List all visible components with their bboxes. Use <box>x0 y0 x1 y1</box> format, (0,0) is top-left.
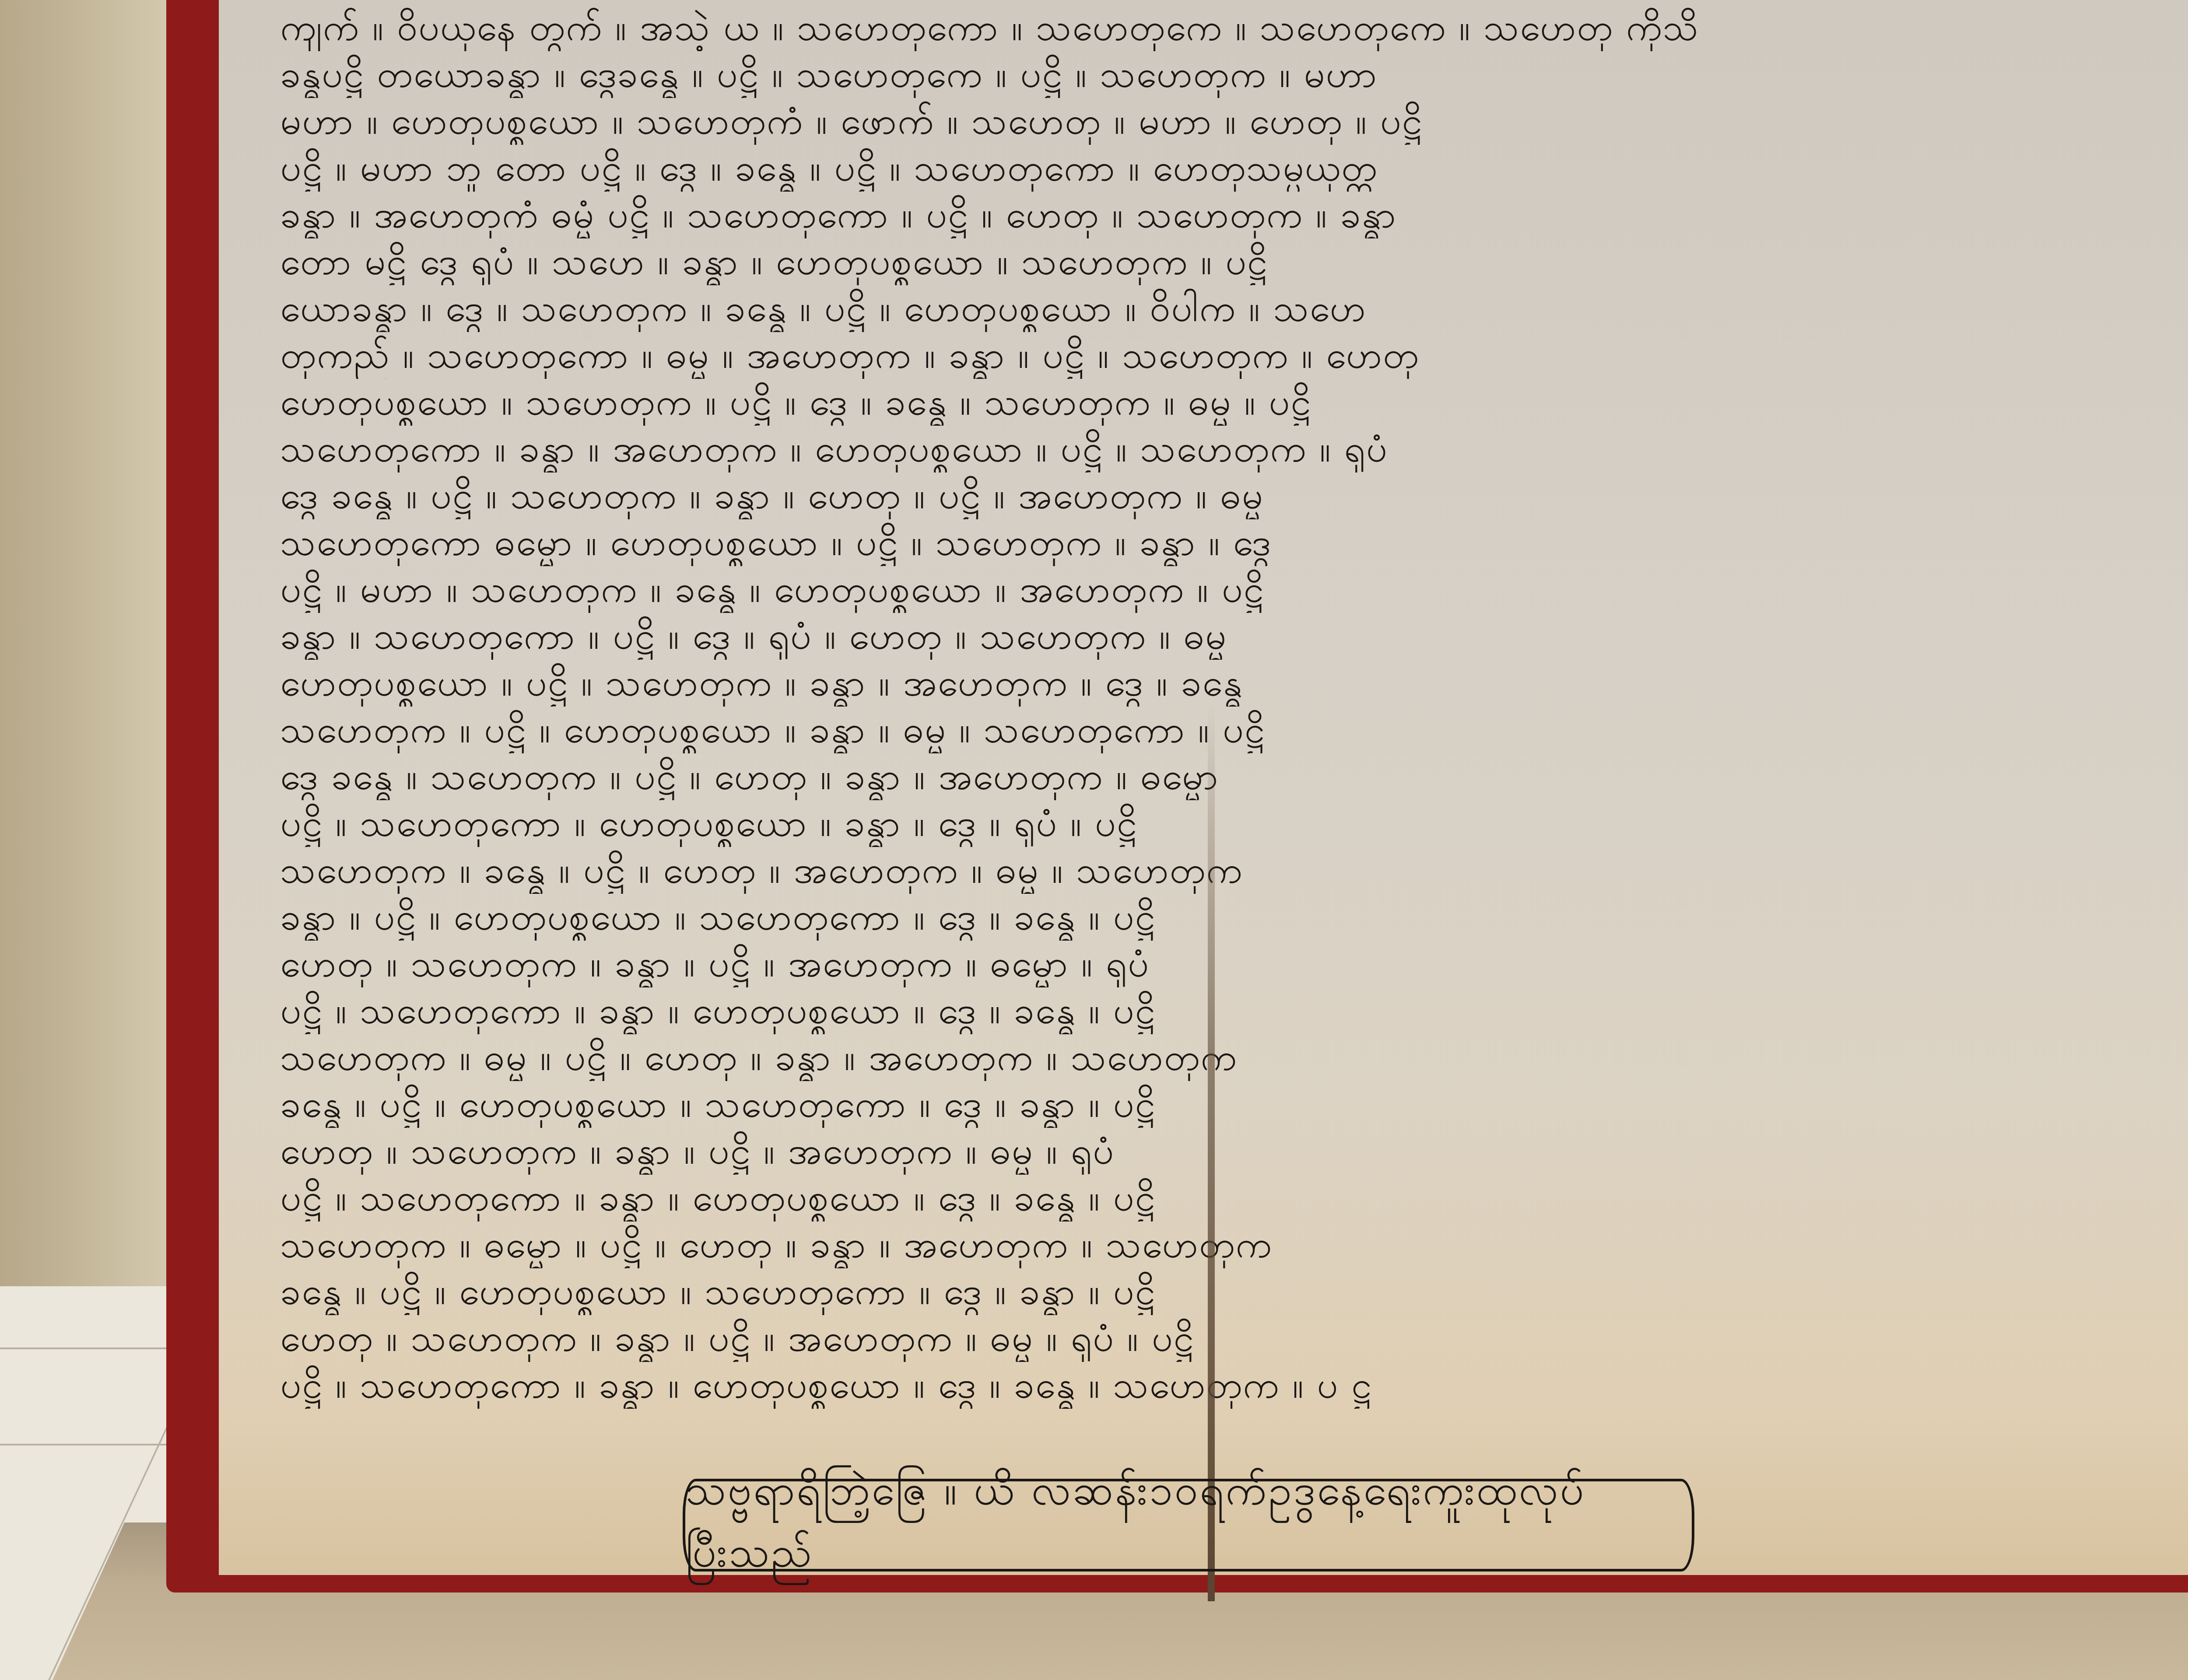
inscription-line: ပဋ္ဌိ ။ မဟာ ဘူ တော ပဋ္ဌိ ။ ဒွေ ။ ခန္ဓေ ။… <box>280 145 2162 192</box>
marble-inscription-slab: ကျက် ။ ဝိပယုနေ တွက် ။ အသဲ့ ယ ။ သဟေတုကော … <box>166 0 2188 1592</box>
inscription-line: ပဋ္ဌိ ။ သဟေတုကော ။ ခန္ဓာ ။ ဟေတုပစ္စယော ။… <box>280 987 2162 1034</box>
inscription-line: သဟေတုက ။ ဓမ္မော ။ ပဋ္ဌိ ။ ဟေတု ။ ခန္ဓာ ။… <box>280 1221 2162 1268</box>
inscription-line: ဒွေ ခန္ဓေ ။ ပဋ္ဌိ ။ သဟေတုက ။ ခန္ဓာ ။ ဟေတ… <box>280 472 2162 519</box>
inscription-line: ပဋ္ဌိ ။ သဟေတုကော ။ ဟေတုပစ္စယော ။ ခန္ဓာ ။… <box>280 800 2162 847</box>
inscription-line: သဟေတုက ။ ခန္ဓေ ။ ပဋ္ဌိ ။ ဟေတု ။ အဟေတုက ။… <box>280 847 2162 894</box>
slab-face: ကျက် ။ ဝိပယုနေ တွက် ။ အသဲ့ ယ ။ သဟေတုကော … <box>219 0 2188 1575</box>
inscription-line: ခန္ဓေ ။ ပဋ္ဌိ ။ ဟေတုပစ္စယော ။ သဟေတုကော ။… <box>280 1268 2162 1315</box>
inscription-line: ဟေတု ။ သဟေတုက ။ ခန္ဓာ ။ ပဋ္ဌိ ။ အဟေတုက ။… <box>280 1315 2162 1362</box>
inscription-line: တော မဋ္ဌိ ဒွေ ရုပံ ။ သဟေ ။ ခန္ဓာ ။ ဟေတုပ… <box>280 238 2162 285</box>
inscription-line: ခန္ဓာ ။ ပဋ္ဌိ ။ ဟေတုပစ္စယော ။ သဟေတုကော ။… <box>280 894 2162 941</box>
inscription-line: ခန္ဓပဋ္ဌိ တယောခန္ဓာ ။ ဒွေခန္ဓေ ။ ပဋ္ဌိ ။… <box>280 51 2162 98</box>
inscription-line: သဟေတုကော ။ ခန္ဓာ ။ အဟေတုက ။ ဟေတုပစ္စယော … <box>280 426 2162 472</box>
inscription-line: ပဋ္ဌိ ။ သဟေတုကော ။ ခန္ဓာ ။ ဟေတုပစ္စယော ။… <box>280 1362 2162 1409</box>
inscription-line: ကျက် ။ ဝိပယုနေ တွက် ။ အသဲ့ ယ ။ သဟေတုကော … <box>280 4 2162 51</box>
inscription-line: ယောခန္ဓာ ။ ဒွေ ။ သဟေတုက ။ ခန္ဓေ ။ ပဋ္ဌိ … <box>280 285 2162 332</box>
inscription-line: သဟေတုကော ဓမ္မော ။ ဟေတုပစ္စယော ။ ပဋ္ဌိ ။ … <box>280 519 2162 566</box>
cartouche-text: သဗ္ဗရာရိဘြဲ့ဇြေ ။ ယိ လဆန်း၁ဝရက်ဥဒွနေ့ရေး… <box>685 1463 1692 1587</box>
engraved-inscription: ကျက် ။ ဝိပယုနေ တွက် ။ အသဲ့ ယ ။ သဟေတုကော … <box>280 4 2162 1413</box>
inscription-line: ဟေတုပစ္စယော ။ သဟေတုက ။ ပဋ္ဌိ ။ ဒွေ ။ ခန္… <box>280 379 2162 426</box>
inscription-line: ဟေတု ။ သဟေတုက ။ ခန္ဓာ ။ ပဋ္ဌိ ။ အဟေတုက ။… <box>280 941 2162 987</box>
inscription-line: ခန္ဓေ ။ ပဋ္ဌိ ။ ဟေတုပစ္စယော ။ သဟေတုကော ။… <box>280 1081 2162 1128</box>
inscription-line: သဟေတုက ။ ဓမ္မ ။ ပဋ္ဌိ ။ ဟေတု ။ ခန္ဓာ ။ အ… <box>280 1034 2162 1081</box>
inscription-line: ပဋ္ဌိ ။ မဟာ ။ သဟေတုက ။ ခန္ဓေ ။ ဟေတုပစ္စယ… <box>280 566 2162 613</box>
inscription-line: ခန္ဓာ ။ သဟေတုကော ။ ပဋ္ဌိ ။ ဒွေ ။ ရုပံ ။ … <box>280 613 2162 660</box>
inscription-line: ဒွေ ခန္ဓေ ။ သဟေတုက ။ ပဋ္ဌိ ။ ဟေတု ။ ခန္ဓ… <box>280 753 2162 800</box>
inscription-line: သဟေတုက ။ ပဋ္ဌိ ။ ဟေတုပစ္စယော ။ ခန္ဓာ ။ ဓ… <box>280 707 2162 753</box>
inscription-line: တုကည် ။ သဟေတုကော ။ ဓမ္မ ။ အဟေတုက ။ ခန္ဓာ… <box>280 332 2162 379</box>
inscription-line: မဟာ ။ ဟေတုပစ္စယော ။ သဟေတုကံ ။ ဖောက် ။ သဟ… <box>280 98 2162 145</box>
inscription-line: ဟေတုပစ္စယော ။ ပဋ္ဌိ ။ သဟေတုက ။ ခန္ဓာ ။ အ… <box>280 660 2162 707</box>
inscription-line: ဟေတု ။ သဟေတုက ။ ခန္ဓာ ။ ပဋ္ဌိ ။ အဟေတုက ။… <box>280 1128 2162 1175</box>
inscription-line: ပဋ္ဌိ ။ သဟေတုကော ။ ခန္ဓာ ။ ဟေတုပစ္စယော ။… <box>280 1175 2162 1221</box>
inscription-cartouche: သဗ္ဗရာရိဘြဲ့ဇြေ ။ ယိ လဆန်း၁ဝရက်ဥဒွနေ့ရေး… <box>683 1479 1694 1571</box>
inscription-line: ခန္ဓာ ။ အဟေတုကံ ဓမ္မံ ပဋ္ဌိ ။ သဟေတုကော ။… <box>280 192 2162 238</box>
